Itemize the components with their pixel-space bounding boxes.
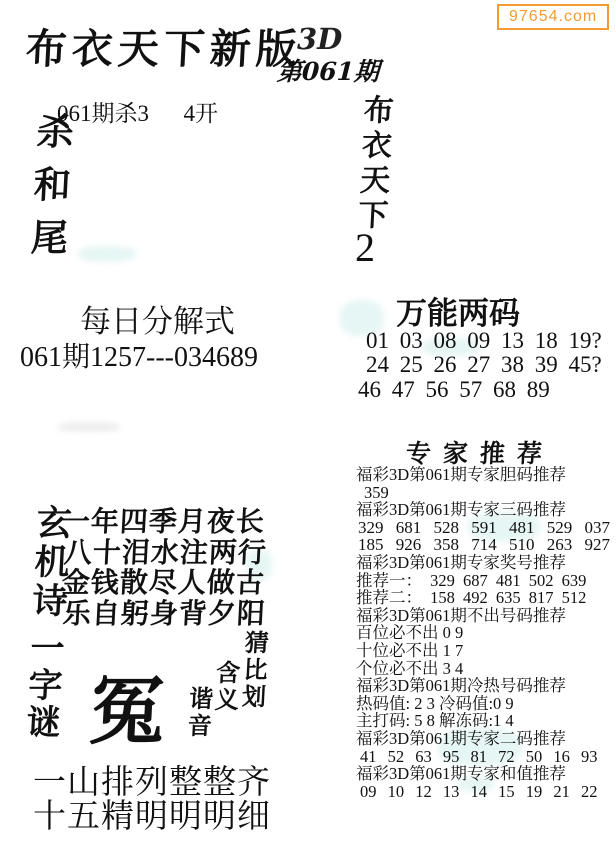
kill-sum-tail-label: 杀和尾 — [18, 112, 80, 271]
footer-verse-line: 十五精明明明细 — [33, 790, 271, 837]
expert-line: 个位必不出 3 4 — [356, 660, 616, 678]
riddle-label: 一字谜 — [15, 630, 70, 741]
site-watermark[interactable]: 97654.com — [497, 4, 609, 30]
expert-line: 主打码: 5 8 解冻码:1 4 — [356, 712, 616, 730]
scan-watermark-smudge — [58, 422, 120, 432]
scan-watermark-smudge — [78, 246, 136, 262]
two-codes-row: 01 03 08 09 13 18 19? — [366, 328, 602, 354]
expert-line: 福彩3D第061期专家奖号推荐 — [356, 554, 616, 572]
expert-line: 329 681 528 591 481 529 037 — [356, 519, 616, 537]
kill-open-line: 061期杀3 4开 — [57, 95, 218, 128]
two-codes-row: 46 47 56 57 68 89 — [358, 377, 550, 403]
game-label-3d: 3D — [297, 22, 342, 56]
riddle-hint: 谐音 — [180, 686, 218, 740]
expert-line: 09 10 12 13 14 15 19 21 22 — [356, 783, 616, 801]
poem-line: 乐自躬身背夕阳 — [62, 592, 267, 632]
page-title: 布衣天下新版 — [24, 16, 303, 75]
expert-line: 十位必不出 1 7 — [356, 642, 616, 660]
expert-line: 福彩3D第061期冷热号码推荐 — [356, 677, 616, 695]
expert-recommendation-list: 福彩3D第061期专家胆码推荐 359 福彩3D第061期专家三码推荐 329 … — [356, 466, 616, 800]
expert-line: 福彩3D第061期专家二码推荐 — [356, 730, 616, 748]
expert-line: 359 — [356, 484, 616, 502]
two-codes-row: 24 25 26 27 38 39 45? — [366, 352, 602, 378]
brand-vertical-number: 2 — [355, 224, 375, 271]
expert-line: 185 926 358 714 510 263 927 — [356, 536, 616, 554]
universal-two-codes-title: 万能两码 — [396, 288, 520, 333]
issue-number: 第061期 — [276, 52, 380, 88]
expert-line: 热码值: 2 3 冷码值:0 9 — [356, 695, 616, 713]
expert-line: 推荐一： 329 687 481 502 639 — [356, 572, 616, 590]
expert-line: 推荐二： 158 492 635 817 512 — [356, 589, 616, 607]
expert-line: 福彩3D第061期不出号码推荐 — [356, 607, 616, 625]
brand-vertical-label: 布衣天下 — [346, 94, 397, 234]
expert-line: 41 52 63 95 81 72 50 16 93 — [356, 748, 616, 766]
expert-line: 福彩3D第061期专家三码推荐 — [356, 501, 616, 519]
daily-decomposition-formula: 061期1257---034689 — [20, 335, 258, 375]
expert-line: 福彩3D第061期专家胆码推荐 — [356, 466, 616, 484]
expert-line: 福彩3D第061期专家和值推荐 — [356, 765, 616, 783]
expert-line: 百位必不出 0 9 — [356, 624, 616, 642]
lottery-tip-sheet: 97654.com 布衣天下新版 3D 第061期 061期杀3 4开 杀和尾 … — [0, 0, 616, 860]
riddle-character: 冤 — [87, 652, 168, 759]
